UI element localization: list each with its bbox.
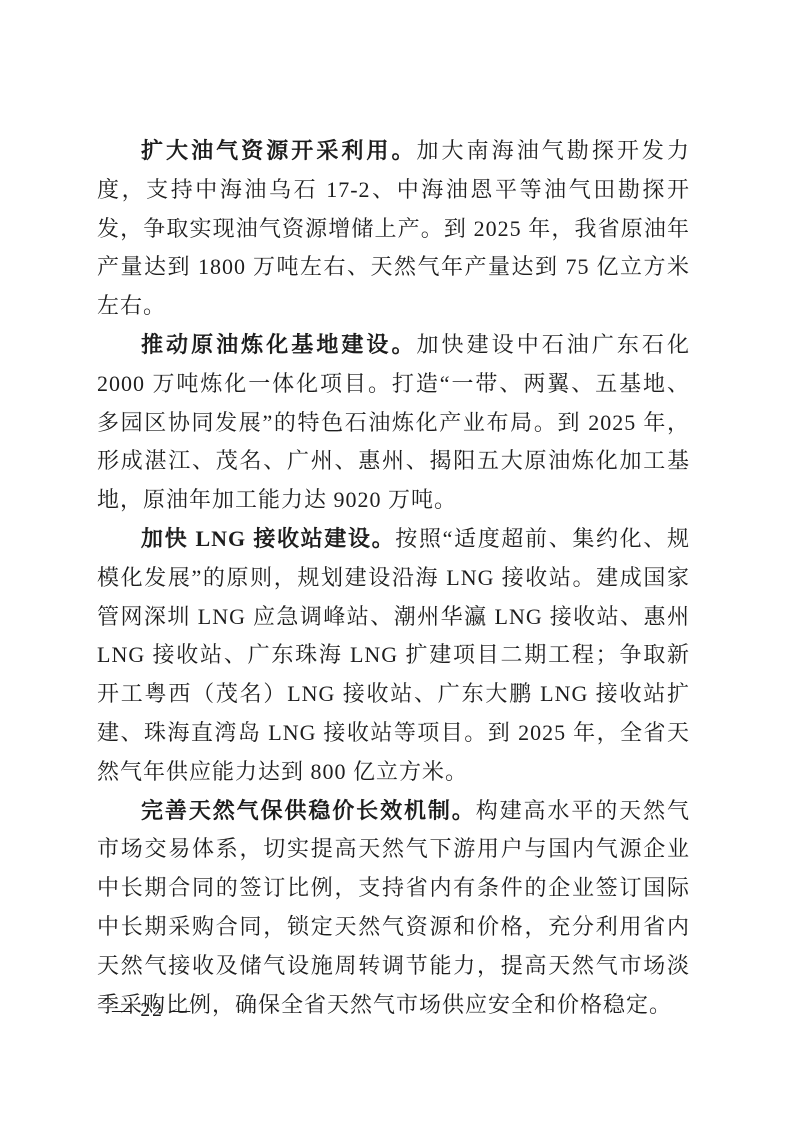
paragraph-body: 加大南海油气勘探开发力度，支持中海油乌石 17-2、中海油恩平等油气田勘探开发，… (97, 138, 690, 318)
paragraph-body: 构建高水平的天然气市场交易体系，切实提高天然气下游用户与国内气源企业中长期合同的… (97, 798, 690, 1017)
paragraph-gas-supply-price-mechanism: 完善天然气保供稳价长效机制。构建高水平的天然气市场交易体系，切实提高天然气下游用… (97, 792, 690, 1025)
paragraph-oil-gas-development: 扩大油气资源开采利用。加大南海油气勘探开发力度，支持中海油乌石 17-2、中海油… (97, 132, 690, 326)
document-page: 扩大油气资源开采利用。加大南海油气勘探开发力度，支持中海油乌石 17-2、中海油… (0, 0, 794, 1123)
paragraph-lead: 完善天然气保供稳价长效机制。 (141, 798, 476, 823)
paragraph-lead: 加快 LNG 接收站建设。 (141, 526, 395, 551)
paragraph-lead: 扩大油气资源开采利用。 (141, 138, 417, 163)
paragraph-lead: 推动原油炼化基地建设。 (141, 332, 417, 357)
page-number: — 22 — (112, 1000, 192, 1021)
page-footer: — 22 — (112, 1000, 192, 1022)
document-body-text: 扩大油气资源开采利用。加大南海油气勘探开发力度，支持中海油乌石 17-2、中海油… (97, 132, 690, 1024)
paragraph-body: 加快建设中石油广东石化 2000 万吨炼化一体化项目。打造“一带、两翼、五基地、… (97, 332, 690, 512)
paragraph-refining-base: 推动原油炼化基地建设。加快建设中石油广东石化 2000 万吨炼化一体化项目。打造… (97, 326, 690, 520)
paragraph-lng-terminals: 加快 LNG 接收站建设。按照“适度超前、集约化、规模化发展”的原则，规划建设沿… (97, 520, 690, 792)
paragraph-body: 按照“适度超前、集约化、规模化发展”的原则，规划建设沿海 LNG 接收站。建成国… (97, 526, 690, 784)
